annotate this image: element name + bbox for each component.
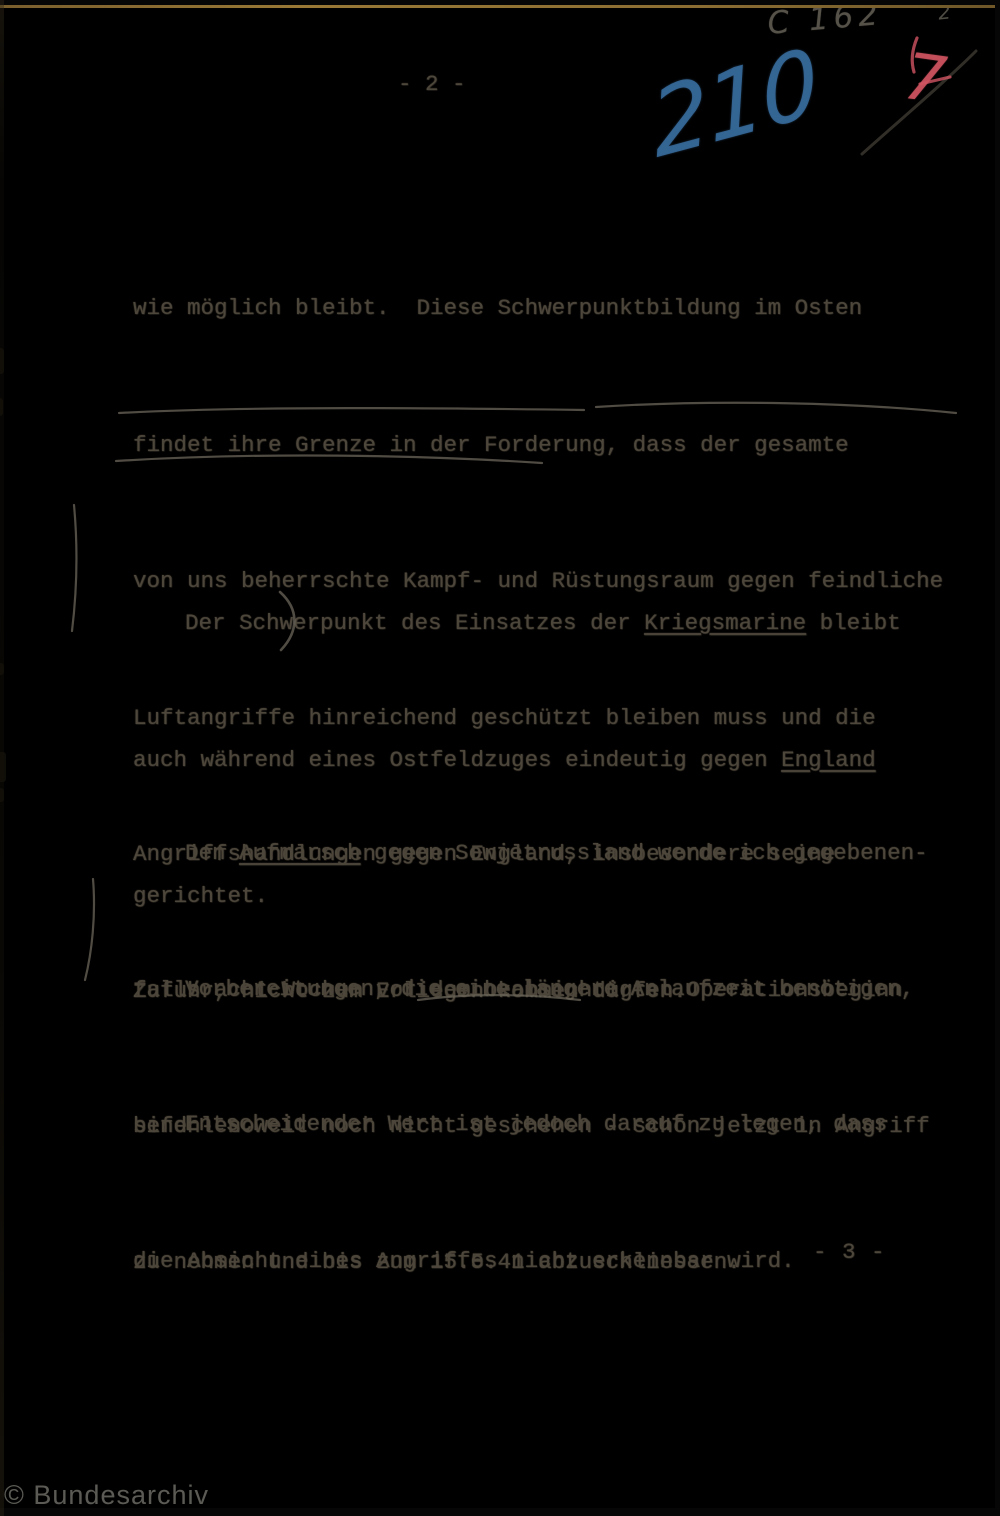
text-line: Entscheidender Wert ist jedoch darauf zu… [133, 1102, 887, 1148]
text-line: findet ihre Grenze in der Forderung, das… [133, 423, 943, 469]
scan-edge-mark [0, 788, 4, 802]
page-number-top: - 2 - [398, 62, 466, 108]
scan-border-bottom [0, 1508, 1000, 1516]
document-scan-page: - 2 - C 162 2 7 210 wie möglich bleibt. … [0, 0, 1000, 1516]
scan-edge-mark [0, 398, 3, 416]
scan-edge-mark [0, 348, 4, 374]
text-line: Vorbereitungen, die eine längere Anlaufz… [133, 967, 930, 1013]
scan-edge-mark [0, 663, 4, 675]
text-line: die Absicht eines Angriffes nicht erkenn… [133, 1239, 887, 1285]
bundesarchiv-watermark: © Bundesarchiv [4, 1480, 209, 1511]
page-number-bottom: - 3 - [813, 1230, 886, 1276]
text-line: wie möglich bleibt. Diese Schwerpunktbil… [133, 286, 943, 332]
scan-border-top-accent [0, 5, 1000, 8]
margin-line-mark [72, 505, 76, 631]
scan-edge-mark [0, 752, 6, 782]
text-line: Den Aufmarsch gegen Sowjetrussland werde… [133, 831, 928, 877]
red-crayon-number: 7 [900, 40, 951, 119]
underlined-term: Kriegsmarine [644, 610, 806, 636]
paragraph-5: Entscheidender Wert ist jedoch darauf zu… [133, 1011, 887, 1375]
scan-border-right [995, 0, 1000, 1516]
blue-crayon-number: 210 [646, 28, 823, 179]
underlined-term: Aufmarsch [239, 840, 361, 866]
margin-line-mark [85, 879, 94, 980]
text-line: Der Schwerpunkt des Einsatzes der Kriegs… [133, 601, 901, 647]
